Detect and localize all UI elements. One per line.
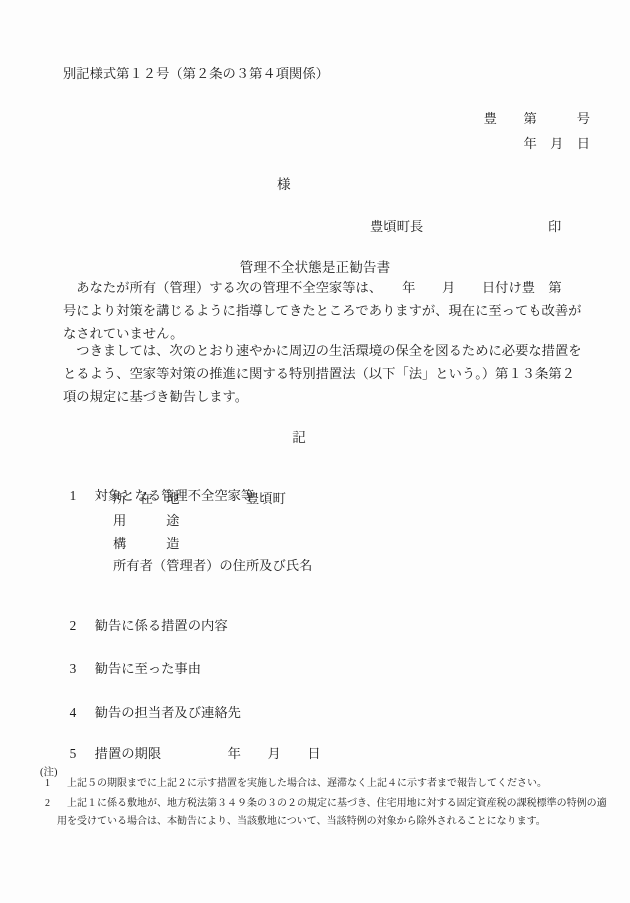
item-label: 勧告の担当者及び連絡先 <box>95 705 241 720</box>
note-line: 上記１に係る敷地が、地方税法第３４９条の３の２の規定に基づき、住宅用地に対する固… <box>67 795 607 813</box>
note-item-2: 2 上記１に係る敷地が、地方税法第３４９条の３の２の規定に基づき、住宅用地に対す… <box>45 795 607 830</box>
document-number-line: 豊 第 号 <box>484 107 590 132</box>
addressee-honorific: 様 <box>277 173 291 193</box>
item-label: 措置の期限 年 月 日 <box>95 746 321 761</box>
sender-name: 豊頃町長 <box>370 216 423 235</box>
detail-line-use: 用 途 <box>113 510 312 532</box>
body-paragraph-2: つきましては、次のとおり速やかに周辺の生活環境の保全を図るために必要な措置を と… <box>63 339 582 409</box>
item-number: 1 <box>70 488 95 504</box>
item-number: 5 <box>70 746 95 762</box>
note-number: 2 <box>45 795 50 813</box>
note-item-1: 1 上記５の期限までに上記２に示す措置を実施した場合は、遅滞なく上記４に示す者ま… <box>45 775 547 793</box>
detail-line-owner: 所有者（管理者）の住所及び氏名 <box>113 555 312 577</box>
item-label: 勧告に至った事由 <box>95 661 201 676</box>
paragraph-line: 項の規定に基づき勧告します。 <box>63 385 582 408</box>
detail-line-structure: 構 造 <box>113 533 312 555</box>
item-number: 4 <box>70 705 95 721</box>
form-number: 別記様式第１２号（第２条の３第４項関係） <box>63 63 329 82</box>
item-label: 勧告に係る措置の内容 <box>95 618 228 633</box>
note-line: 用を受けている場合は、本勧告により、当該敷地について、当該特例の対象から除外され… <box>57 813 607 831</box>
list-item-3: 3勧告に至った事由 <box>63 642 201 677</box>
list-item-5: 5措置の期限 年 月 日 <box>63 727 321 762</box>
date-line: 年 月 日 <box>484 132 590 157</box>
document-title: 管理不全状態是正勧告書 <box>63 256 567 276</box>
item-number: 3 <box>70 661 95 677</box>
paragraph-line: とるよう、空家等対策の推進に関する特別措置法（以下「法」という。）第１３条第２ <box>63 362 582 385</box>
list-item-4: 4勧告の担当者及び連絡先 <box>63 686 241 721</box>
note-line: 上記５の期限までに上記２に示す措置を実施した場合は、遅滞なく上記４に示す者まで報… <box>67 775 547 793</box>
detail-line-location: 所 在 地 豊頃町 <box>113 488 312 510</box>
item-1-details: 所 在 地 豊頃町 用 途 構 造 所有者（管理者）の住所及び氏名 <box>113 488 312 577</box>
item-number: 2 <box>70 618 95 634</box>
list-item-2: 2勧告に係る措置の内容 <box>63 599 228 634</box>
note-number: 1 <box>45 775 50 793</box>
paragraph-line: 号により対策を講じるように指導してきたところでありますが、現在に至っても改善が <box>63 299 581 322</box>
seal-mark: 印 <box>548 216 561 235</box>
document-page: { "colors": { "ink": "#1b1b1b", "page_bg… <box>0 0 630 903</box>
body-paragraph-1: あなたが所有（管理）する次の管理不全空家等は、 年 月 日付け豊 第 号により対… <box>63 276 581 346</box>
paragraph-line: あなたが所有（管理）する次の管理不全空家等は、 年 月 日付け豊 第 <box>63 276 581 299</box>
paragraph-line: つきましては、次のとおり速やかに周辺の生活環境の保全を図るために必要な措置を <box>63 339 582 362</box>
record-marker: 記 <box>63 426 535 446</box>
document-number-block: 豊 第 号 年 月 日 <box>484 107 590 156</box>
